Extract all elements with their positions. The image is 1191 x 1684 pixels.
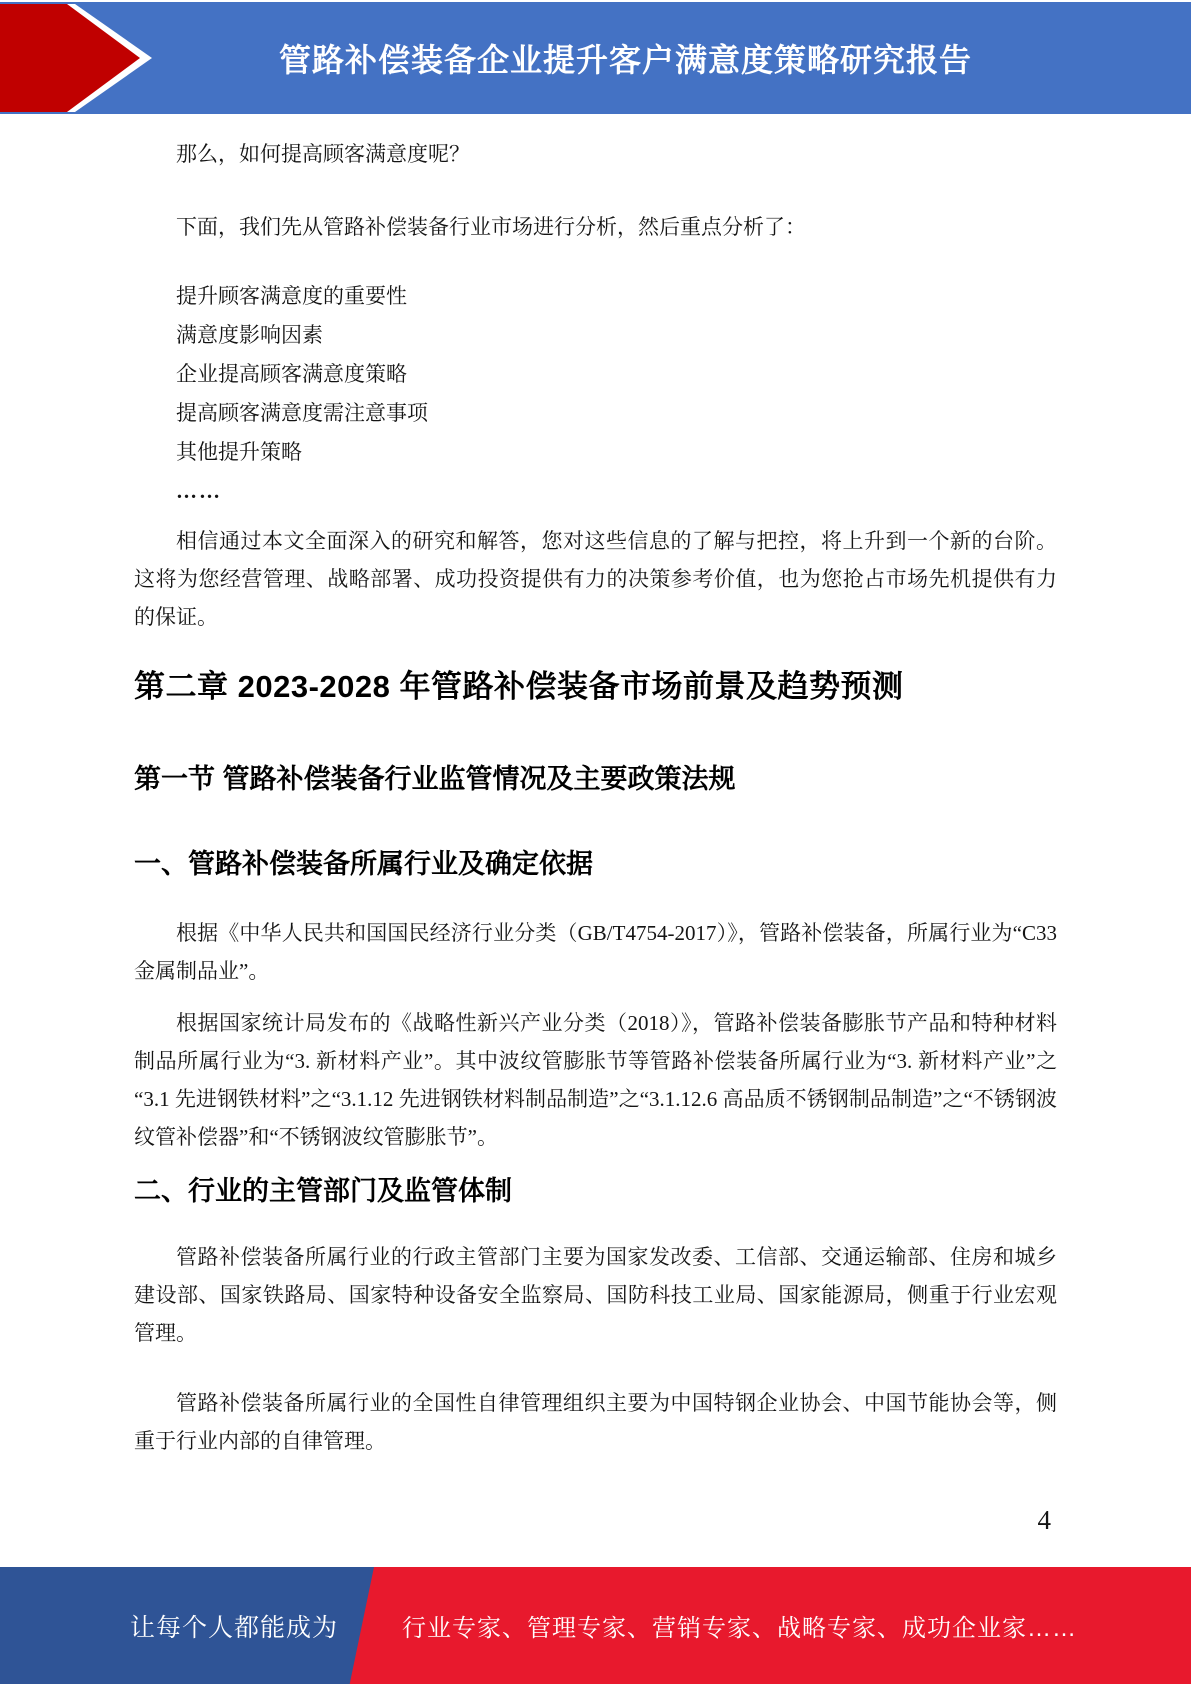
subsection1-paragraph-2: 根据国家统计局发布的《战略性新兴产业分类（2018）》，管路补偿装备膨胀节产品和… [134,1004,1057,1156]
page-header: 管路补偿装备企业提升客户满意度策略研究报告 [0,2,1191,114]
topic-item: 企业提高顾客满意度策略 [134,355,1057,394]
report-title: 管路补偿装备企业提升客户满意度策略研究报告 [219,35,972,81]
topic-item: 提升顾客满意度的重要性 [134,277,1057,316]
footer-banner: 让每个人都能成为 行业专家、管理专家、营销专家、战略专家、成功企业家…… [0,1567,1191,1684]
footer-slogan-list: 行业专家、管理专家、营销专家、战略专家、成功企业家…… [402,1567,1077,1684]
section-heading: 第一节 管路补偿装备行业监管情况及主要政策法规 [134,762,1057,796]
footer-slogan-prefix: 让每个人都能成为 [0,1567,338,1684]
topic-item: 满意度影响因素 [134,316,1057,355]
subsection2-paragraph-1: 管路补偿装备所属行业的行政主管部门主要为国家发改委、工信部、交通运输部、住房和城… [134,1238,1057,1352]
intro-lead: 下面，我们先从管路补偿装备行业市场进行分析，然后重点分析了： [134,208,1057,246]
topic-item: 其他提升策略 [134,433,1057,472]
topic-list: 提升顾客满意度的重要性 满意度影响因素 企业提高顾客满意度策略 提高顾客满意度需… [134,277,1057,511]
chapter-heading: 第二章 2023-2028 年管路补偿装备市场前景及趋势预测 [134,664,1057,710]
report-page: 管路补偿装备企业提升客户满意度策略研究报告 那么，如何提高顾客满意度呢？ 下面，… [0,0,1191,1684]
header-arrow-decoration [0,4,160,112]
subsection-heading-1: 一、管路补偿装备所属行业及确定依据 [134,847,1057,881]
subsection-heading-2: 二、行业的主管部门及监管体制 [134,1174,1057,1208]
summary-paragraph: 相信通过本文全面深入的研究和解答，您对这些信息的了解与把控，将上升到一个新的台阶… [134,522,1057,636]
topic-ellipsis: …… [134,472,1057,511]
intro-question: 那么，如何提高顾客满意度呢？ [134,135,1057,173]
subsection2-paragraph-2: 管路补偿装备所属行业的全国性自律管理组织主要为中国特钢企业协会、中国节能协会等，… [134,1384,1057,1460]
subsection1-paragraph-1: 根据《中华人民共和国国民经济行业分类（GB/T4754-2017）》，管路补偿装… [134,914,1057,990]
page-number: 4 [1038,1505,1052,1536]
red-arrow-icon [0,4,140,112]
page-body: 那么，如何提高顾客满意度呢？ 下面，我们先从管路补偿装备行业市场进行分析，然后重… [0,135,1191,1460]
topic-item: 提高顾客满意度需注意事项 [134,394,1057,433]
